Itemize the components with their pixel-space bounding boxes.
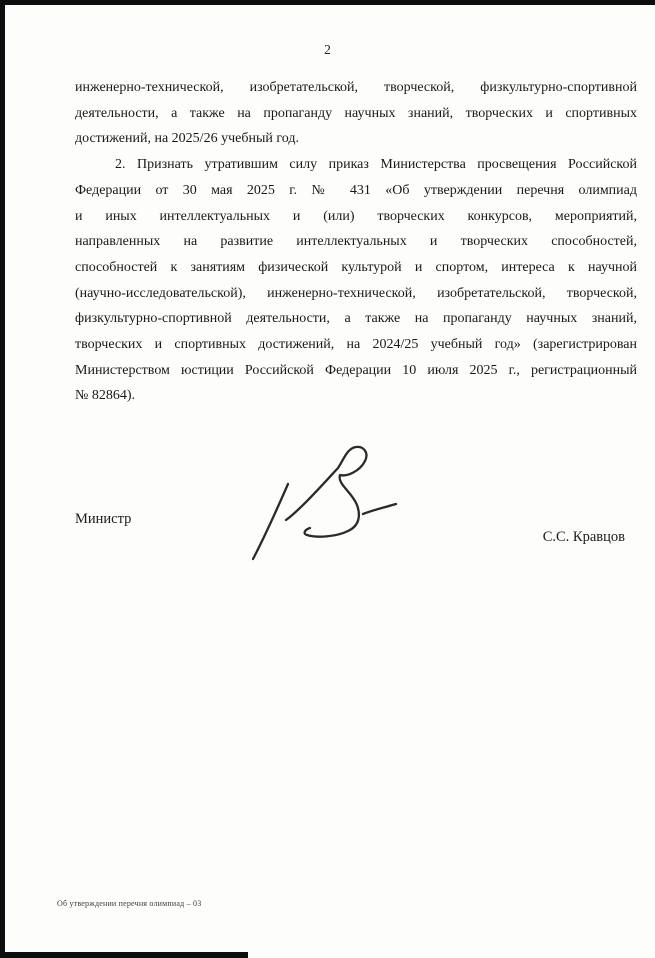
text-line: № 82864). <box>75 383 637 409</box>
text-line: направленных на развитие интеллектуальны… <box>75 229 637 255</box>
scanned-document-page: { "page": { "number": "2", "footer": "Об… <box>0 0 655 958</box>
text-line: 2. Признать утратившим силу приказ Минис… <box>75 152 637 178</box>
signature-image <box>240 440 410 570</box>
signer-name: С.С. Кравцов <box>543 529 625 546</box>
footer-reference: Об утверждении перечня олимпиад – 03 <box>57 899 201 908</box>
signature-stroke-main <box>286 447 366 537</box>
text-line: физкультурно-спортивной деятельности, а … <box>75 306 637 332</box>
scan-edge-bottom <box>0 952 248 958</box>
text-line: Министерством юстиции Российской Федерац… <box>75 358 637 384</box>
signature-stroke-dash <box>363 504 396 514</box>
text-line: способностей к занятиям физической культ… <box>75 255 637 281</box>
text-line: деятельности, а также на пропаганду науч… <box>75 101 637 127</box>
document-body: инженерно-технической, изобретательской,… <box>75 75 637 409</box>
signature-stroke-slash <box>253 484 288 559</box>
text-line: достижений, на 2025/26 учебный год. <box>75 126 637 152</box>
text-line: инженерно-технической, изобретательской,… <box>75 75 637 101</box>
scan-edge-top <box>0 0 655 5</box>
scan-edge-left <box>0 0 5 958</box>
text-line: Федерации от 30 мая 2025 г. № 431 «Об ут… <box>75 178 637 204</box>
signer-title: Министр <box>75 511 131 528</box>
text-line: творческих и спортивных достижений, на 2… <box>75 332 637 358</box>
text-line: и иных интеллектуальных и (или) творческ… <box>75 204 637 230</box>
text-line: (научно-исследовательской), инженерно-те… <box>75 281 637 307</box>
page-number: 2 <box>0 42 655 58</box>
